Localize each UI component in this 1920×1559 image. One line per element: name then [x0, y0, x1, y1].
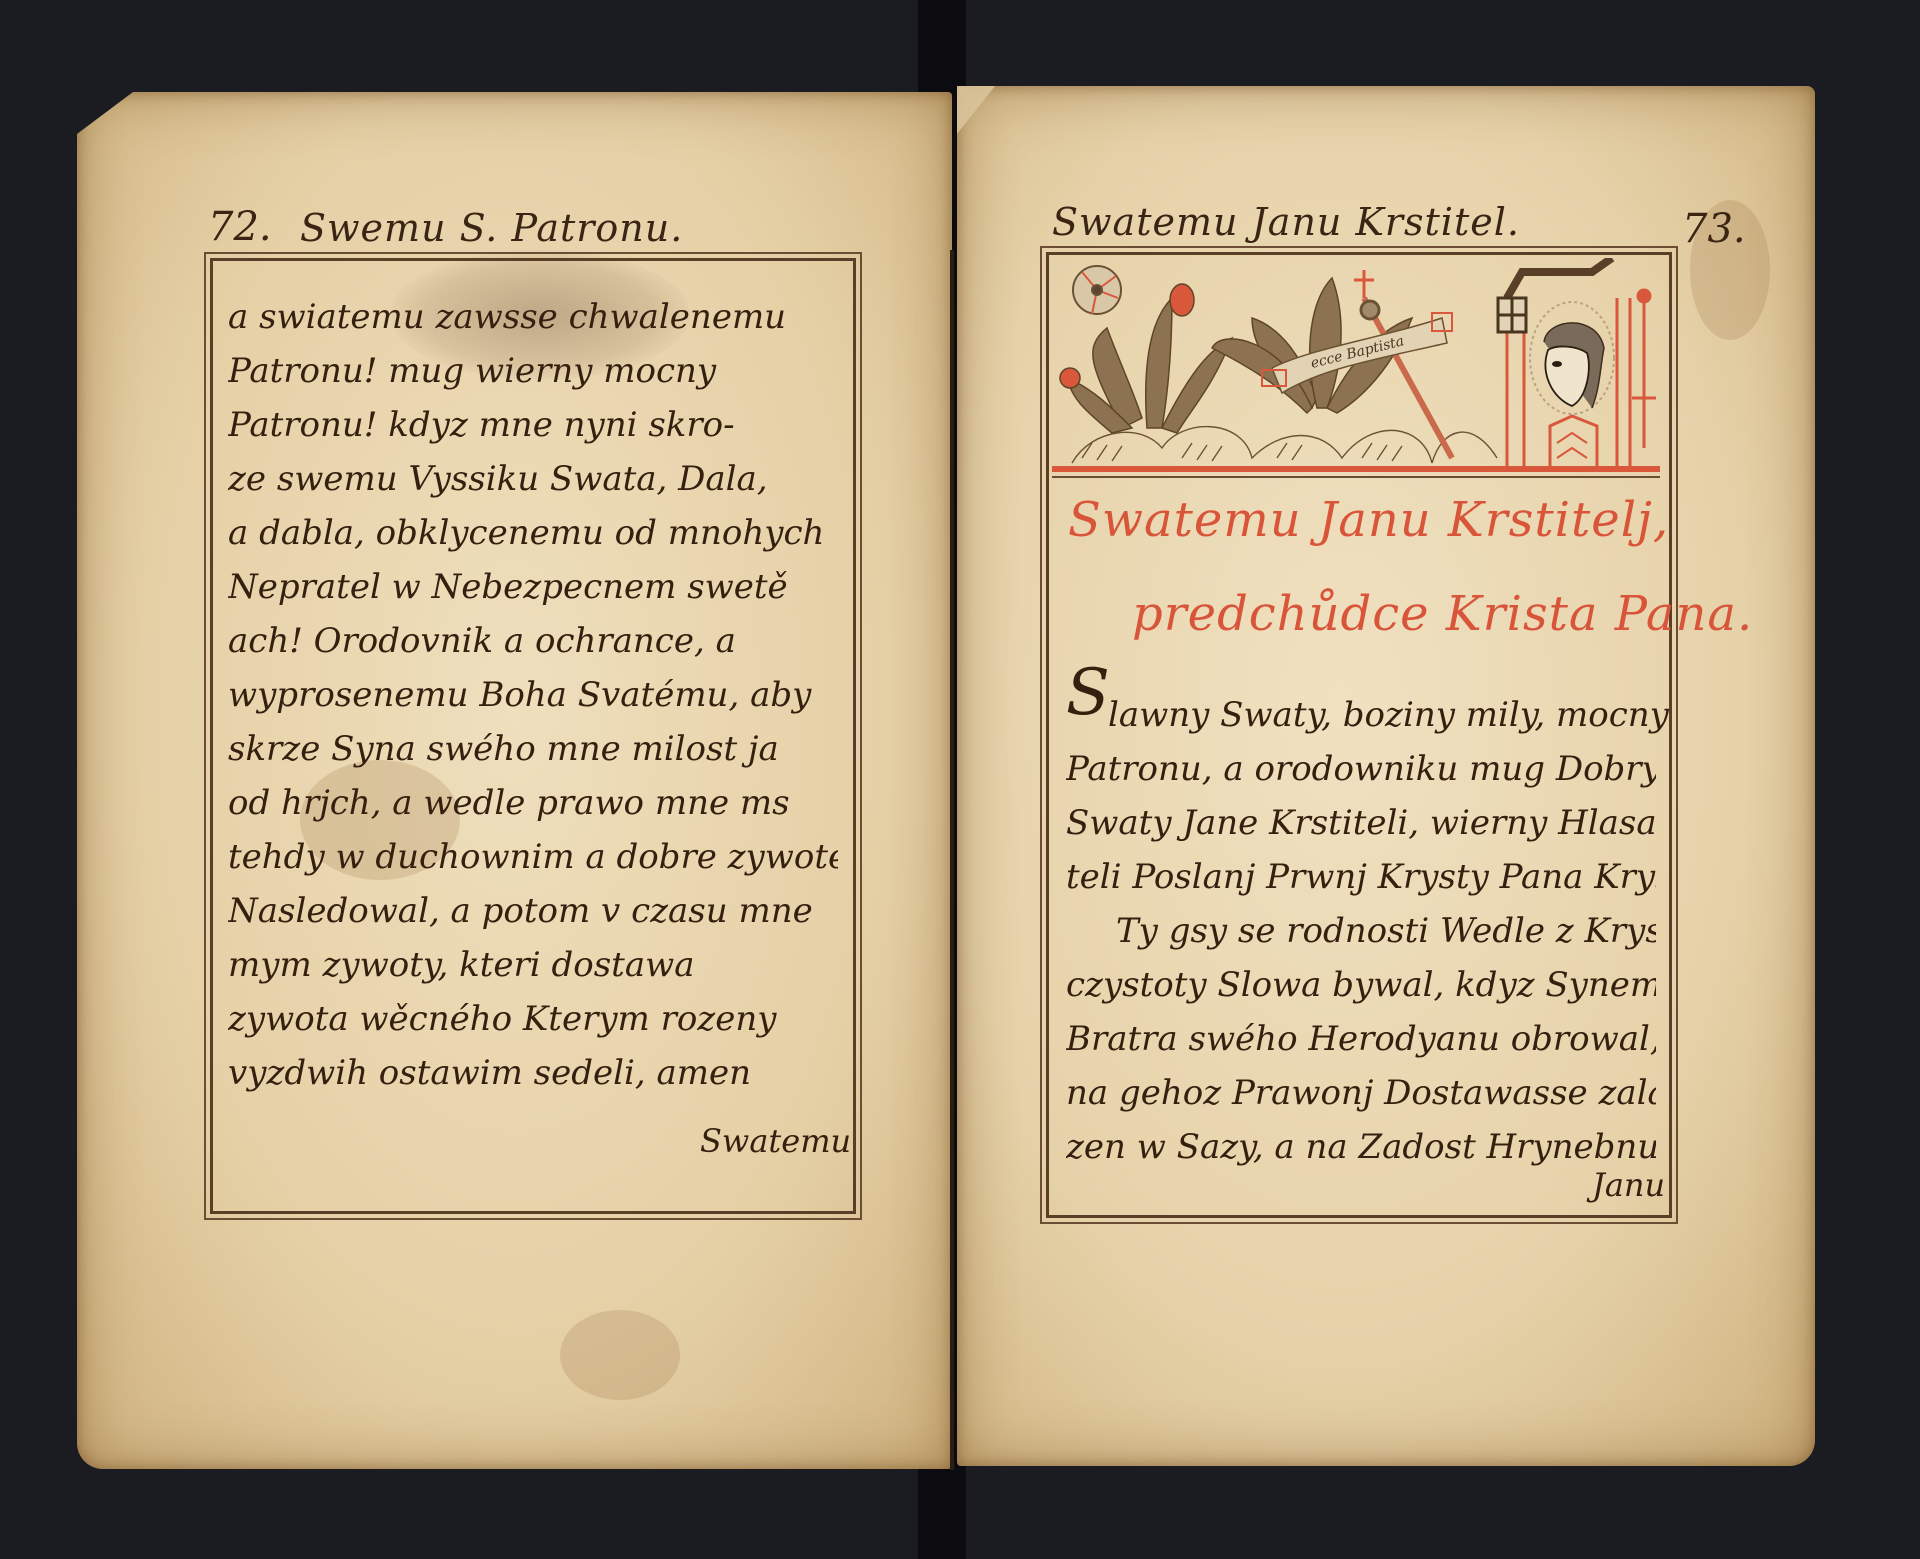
text-line: a dabla, obklycenemu od mnohych	[228, 506, 838, 560]
right-body-text-first-line: lawny Swaty, boziny mily, mocny	[1108, 688, 1698, 742]
text-line: Patronu! mug wierny mocny	[228, 344, 838, 398]
text-line: a swiatemu zawsse chwalenemu	[228, 290, 838, 344]
book-gutter	[950, 250, 954, 1470]
text-line: teli Poslanj Prwnj Krysty Pana Krysta!	[1066, 850, 1656, 904]
folded-corner	[957, 86, 995, 134]
left-body-text: a swiatemu zawsse chwalenemu Patronu! mu…	[228, 290, 838, 1100]
text-line: Patronu! kdyz mne nyni skro-	[228, 398, 838, 452]
left-catchword: Swatemu	[700, 1122, 851, 1160]
red-divider-rule	[1052, 466, 1660, 472]
sword-icon	[1632, 290, 1656, 448]
right-body-text: Patronu, a orodowniku mug Dobry Swaty Ja…	[1066, 742, 1656, 1174]
right-running-head: Swatemu Janu Krstitel.	[1052, 200, 1520, 244]
text-line: zen w Sazy, a na Zadost Hrynebnu	[1066, 1120, 1656, 1174]
text-line: mym zywoty, kteri dostawa	[228, 938, 838, 992]
left-folio-number: 72.	[208, 204, 272, 250]
text-line: ze swemu Vyssiku Swata, Dala,	[228, 452, 838, 506]
torn-corner	[77, 92, 133, 134]
brown-divider-rule	[1052, 476, 1660, 478]
text-line: Bratra swého Herodyanu obrowal,	[1066, 1012, 1656, 1066]
saint-john-vignette: ecce Baptista	[1052, 258, 1660, 472]
text-line: zywota wěcného Kterym rozeny	[228, 992, 838, 1046]
text-line: Nasledowal, a potom v czasu mne	[228, 884, 838, 938]
flower-icon	[1073, 266, 1121, 314]
text-line: na gehoz Prawonj Dostawasse zala-	[1066, 1066, 1656, 1120]
text-line: Patronu, a orodowniku mug Dobry	[1066, 742, 1656, 796]
text-line: lawny Swaty, boziny mily, mocny	[1108, 688, 1698, 742]
text-line: czystoty Slowa bywal, kdyz Synem	[1066, 958, 1656, 1012]
text-line: Swaty Jane Krstiteli, wierny Hlasa-	[1066, 796, 1656, 850]
text-line: Ty gsy se rodnosti Wedle z Krystu	[1066, 904, 1656, 958]
rubric-title-line-2: predchůdce Krista Pana.	[1132, 586, 1753, 642]
text-line: skrze Syna swého mne milost ja	[228, 722, 838, 776]
text-line: vyzdwih ostawim sedeli, amen	[228, 1046, 838, 1100]
text-line: ach! Orodovnik a ochrance, a	[228, 614, 838, 668]
hills-hatching	[1072, 427, 1497, 463]
text-line: Nepratel w Nebezpecnem swetě	[228, 560, 838, 614]
right-catchword: Janu	[1592, 1166, 1665, 1204]
paper-stain	[560, 1310, 680, 1400]
saint-john-head-icon	[1530, 302, 1614, 472]
text-line: tehdy w duchownim a dobre zywote	[228, 830, 838, 884]
right-folio-number: 73.	[1682, 206, 1746, 252]
text-line: wyprosenemu Boha Svatému, aby	[228, 668, 838, 722]
text-line: od hrjch, a wedle prawo mne ms	[228, 776, 838, 830]
decorated-initial: S	[1066, 656, 1110, 730]
rubric-title-line-1: Swatemu Janu Krstitelj,	[1068, 492, 1669, 548]
left-running-head: Swemu S. Patronu.	[300, 206, 683, 250]
